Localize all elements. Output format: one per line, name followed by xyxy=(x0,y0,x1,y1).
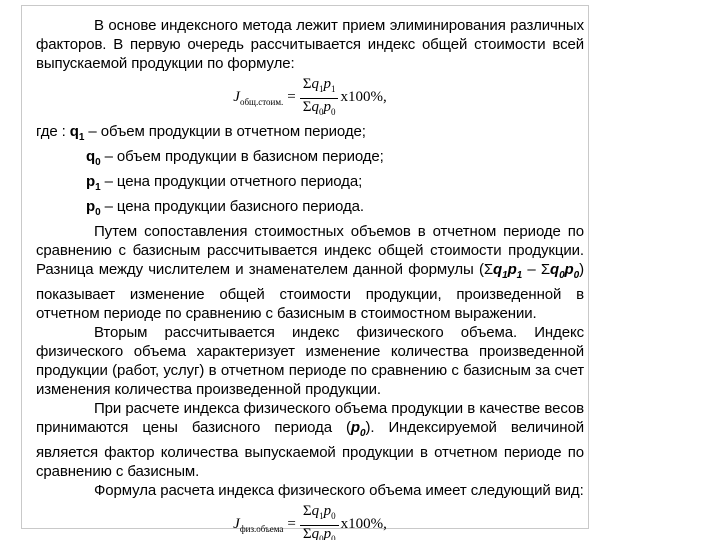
slide: В основе индексного метода лежит прием э… xyxy=(0,0,720,540)
fraction-numerator: Σq1p1 xyxy=(300,76,339,99)
fraction-denominator: Σq0p0 xyxy=(300,99,339,120)
formula-lhs: Jфиз.объема xyxy=(233,516,283,532)
definition-item: p1 – цена продукции отчетного периода; xyxy=(36,172,584,197)
formula-lhs: Jобщ.стоим. xyxy=(233,89,283,105)
paragraph-formula-intro: Формула расчета индекса физического объе… xyxy=(36,481,584,500)
equals-sign: = xyxy=(287,89,295,105)
fraction: Σq1p1Σq0p0 xyxy=(300,76,339,120)
paragraph-intro: В основе индексного метода лежит прием э… xyxy=(36,16,584,73)
text-box: В основе индексного метода лежит прием э… xyxy=(21,5,589,529)
paragraph-physical-volume: Вторым рассчитывается индекс физического… xyxy=(36,323,584,399)
fraction-numerator: Σq1p0 xyxy=(300,503,339,526)
formula-total-cost: Jобщ.стоим.=Σq1p1Σq0p0x100%, xyxy=(36,76,584,120)
multiplier-text: x100%, xyxy=(341,516,387,532)
fraction: Σq1p0Σq0p0 xyxy=(300,503,339,540)
paragraph-comparison: Путем сопоставления стоимостных объемов … xyxy=(36,222,584,323)
multiplier-text: x100%, xyxy=(340,89,386,105)
paragraph-weights: При расчете индекса физического объема п… xyxy=(36,399,584,481)
definition-item: где : q1 – объем продукции в отчетном пе… xyxy=(36,122,584,147)
definitions-list: где : q1 – объем продукции в отчетном пе… xyxy=(36,122,584,222)
definition-item: q0 – объем продукции в базисном периоде; xyxy=(36,147,584,172)
formula-physical-volume: Jфиз.объема=Σq1p0Σq0p0x100%, xyxy=(36,503,584,540)
equals-sign: = xyxy=(287,516,295,532)
definition-item: p0 – цена продукции базисного периода. xyxy=(36,197,584,222)
fraction-denominator: Σq0p0 xyxy=(300,526,339,540)
